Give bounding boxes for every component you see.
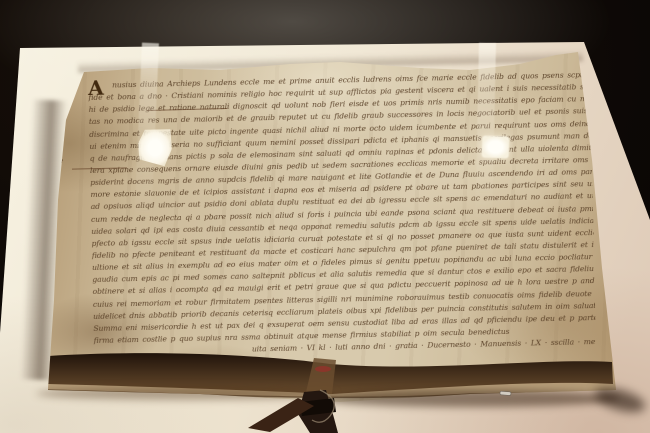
glass-glare-right [482,136,510,159]
display-case-photo: A nusius diuina Archieps Lundens eccle m… [0,0,650,433]
illuminated-initial: A [88,79,109,92]
cast-shadow [320,390,620,407]
manuscript-lines: A nusius diuina Archieps Lundens eccle m… [88,69,596,359]
parchment-charter: A nusius diuina Archieps Lundens eccle m… [40,42,620,404]
cast-shadow [36,387,336,400]
